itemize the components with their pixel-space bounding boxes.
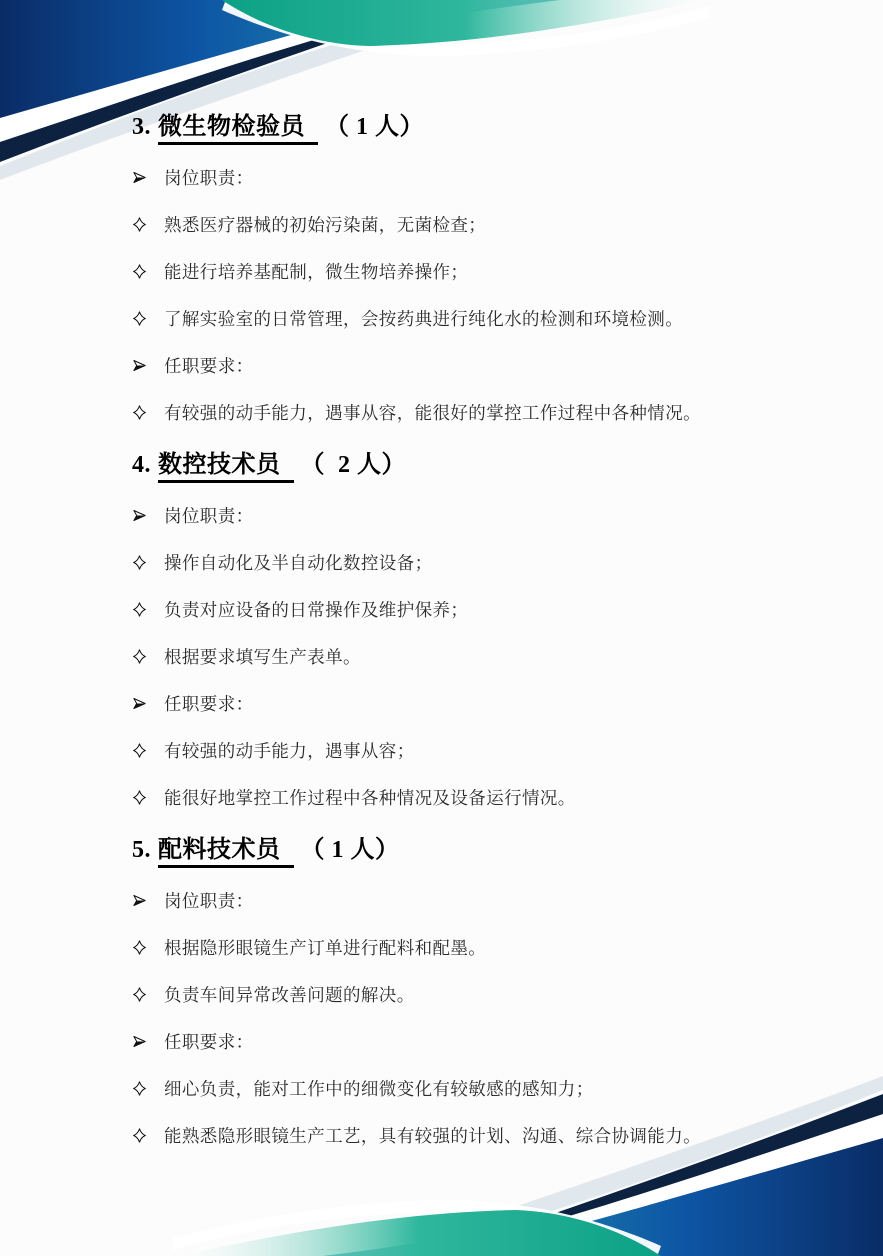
arrow-bullet-icon xyxy=(132,694,164,711)
job-title: 微生物检验员 xyxy=(158,114,318,145)
list-item: 能进行培养基配制，微生物培养操作； xyxy=(132,262,827,282)
list-item: 负责对应设备的日常操作及维护保养； xyxy=(132,600,827,620)
list-item-text: 了解实验室的日常管理，会按药典进行纯化水的检测和环境检测。 xyxy=(164,309,683,329)
list-item: 细心负责，能对工作中的细微变化有较敏感的感知力； xyxy=(132,1079,827,1099)
list-item-text: 根据要求填写生产表单。 xyxy=(164,647,361,667)
list-item-text: 根据隐形眼镜生产订单进行配料和配墨。 xyxy=(164,938,486,958)
job-number: 4. xyxy=(132,452,151,478)
diamond-bullet-icon xyxy=(132,938,164,955)
list-item-text: 负责对应设备的日常操作及维护保养； xyxy=(164,600,468,620)
list-item: 操作自动化及半自动化数控设备； xyxy=(132,553,827,573)
diamond-bullet-icon xyxy=(132,262,164,279)
job-heading: 5.配料技术员（ 1 人） xyxy=(132,835,827,865)
list-item: 岗位职责： xyxy=(132,891,827,911)
arrow-bullet-icon xyxy=(132,1032,164,1049)
group-label: 岗位职责： xyxy=(164,168,254,188)
job-number: 3. xyxy=(132,114,151,140)
diamond-bullet-icon xyxy=(132,309,164,326)
list-item-text: 熟悉医疗器械的初始污染菌，无菌检查； xyxy=(164,215,486,235)
diamond-bullet-icon xyxy=(132,985,164,1002)
list-item: 有较强的动手能力，遇事从容，能很好的掌控工作过程中各种情况。 xyxy=(132,403,827,423)
arrow-bullet-icon xyxy=(132,356,164,373)
diamond-bullet-icon xyxy=(132,403,164,420)
diamond-bullet-icon xyxy=(132,600,164,617)
group-label: 岗位职责： xyxy=(164,891,254,911)
arrow-bullet-icon xyxy=(132,168,164,185)
group-label: 岗位职责： xyxy=(164,506,254,526)
list-item: 任职要求： xyxy=(132,1032,827,1052)
list-item-text: 有较强的动手能力，遇事从容，能很好的掌控工作过程中各种情况。 xyxy=(164,403,701,423)
job-count: （ 1 人） xyxy=(325,114,424,140)
diamond-bullet-icon xyxy=(132,1079,164,1096)
diamond-bullet-icon xyxy=(132,1126,164,1143)
list-item: 能熟悉隐形眼镜生产工艺，具有较强的计划、沟通、综合协调能力。 xyxy=(132,1126,827,1146)
list-item: 负责车间异常改善问题的解决。 xyxy=(132,985,827,1005)
diamond-bullet-icon xyxy=(132,215,164,232)
job-count: （ 1 人） xyxy=(301,837,400,863)
job-heading: 3.微生物检验员（ 1 人） xyxy=(132,112,827,142)
list-item: 熟悉医疗器械的初始污染菌，无菌检查； xyxy=(132,215,827,235)
job-number: 5. xyxy=(132,837,151,863)
arrow-bullet-icon xyxy=(132,506,164,523)
list-item-text: 负责车间异常改善问题的解决。 xyxy=(164,985,415,1005)
list-item: 岗位职责： xyxy=(132,168,827,188)
diamond-bullet-icon xyxy=(132,647,164,664)
job-count: （ 2 人） xyxy=(301,452,407,478)
list-item: 有较强的动手能力，遇事从容； xyxy=(132,741,827,761)
document-page: 3.微生物检验员（ 1 人） 岗位职责： 熟悉医疗器械的初始污染菌，无菌检查； … xyxy=(0,0,883,1256)
list-item: 岗位职责： xyxy=(132,506,827,526)
list-item-text: 有较强的动手能力，遇事从容； xyxy=(164,741,415,761)
list-item-text: 能很好地掌控工作过程中各种情况及设备运行情况。 xyxy=(164,788,576,808)
list-item: 根据要求填写生产表单。 xyxy=(132,647,827,667)
diamond-bullet-icon xyxy=(132,788,164,805)
list-item-text: 操作自动化及半自动化数控设备； xyxy=(164,553,433,573)
job-title: 配料技术员 xyxy=(158,837,294,868)
group-label: 任职要求： xyxy=(164,1032,254,1052)
list-item: 能很好地掌控工作过程中各种情况及设备运行情况。 xyxy=(132,788,827,808)
job-title: 数控技术员 xyxy=(158,452,294,483)
group-label: 任职要求： xyxy=(164,694,254,714)
list-item: 根据隐形眼镜生产订单进行配料和配墨。 xyxy=(132,938,827,958)
arrow-bullet-icon xyxy=(132,891,164,908)
diamond-bullet-icon xyxy=(132,553,164,570)
diamond-bullet-icon xyxy=(132,741,164,758)
document-content: 3.微生物检验员（ 1 人） 岗位职责： 熟悉医疗器械的初始污染菌，无菌检查； … xyxy=(132,112,827,1173)
job-heading: 4.数控技术员（ 2 人） xyxy=(132,450,827,480)
list-item-text: 能熟悉隐形眼镜生产工艺，具有较强的计划、沟通、综合协调能力。 xyxy=(164,1126,701,1146)
group-label: 任职要求： xyxy=(164,356,254,376)
list-item: 了解实验室的日常管理，会按药典进行纯化水的检测和环境检测。 xyxy=(132,309,827,329)
list-item-text: 细心负责，能对工作中的细微变化有较敏感的感知力； xyxy=(164,1079,594,1099)
list-item-text: 能进行培养基配制，微生物培养操作； xyxy=(164,262,468,282)
list-item: 任职要求： xyxy=(132,694,827,714)
list-item: 任职要求： xyxy=(132,356,827,376)
